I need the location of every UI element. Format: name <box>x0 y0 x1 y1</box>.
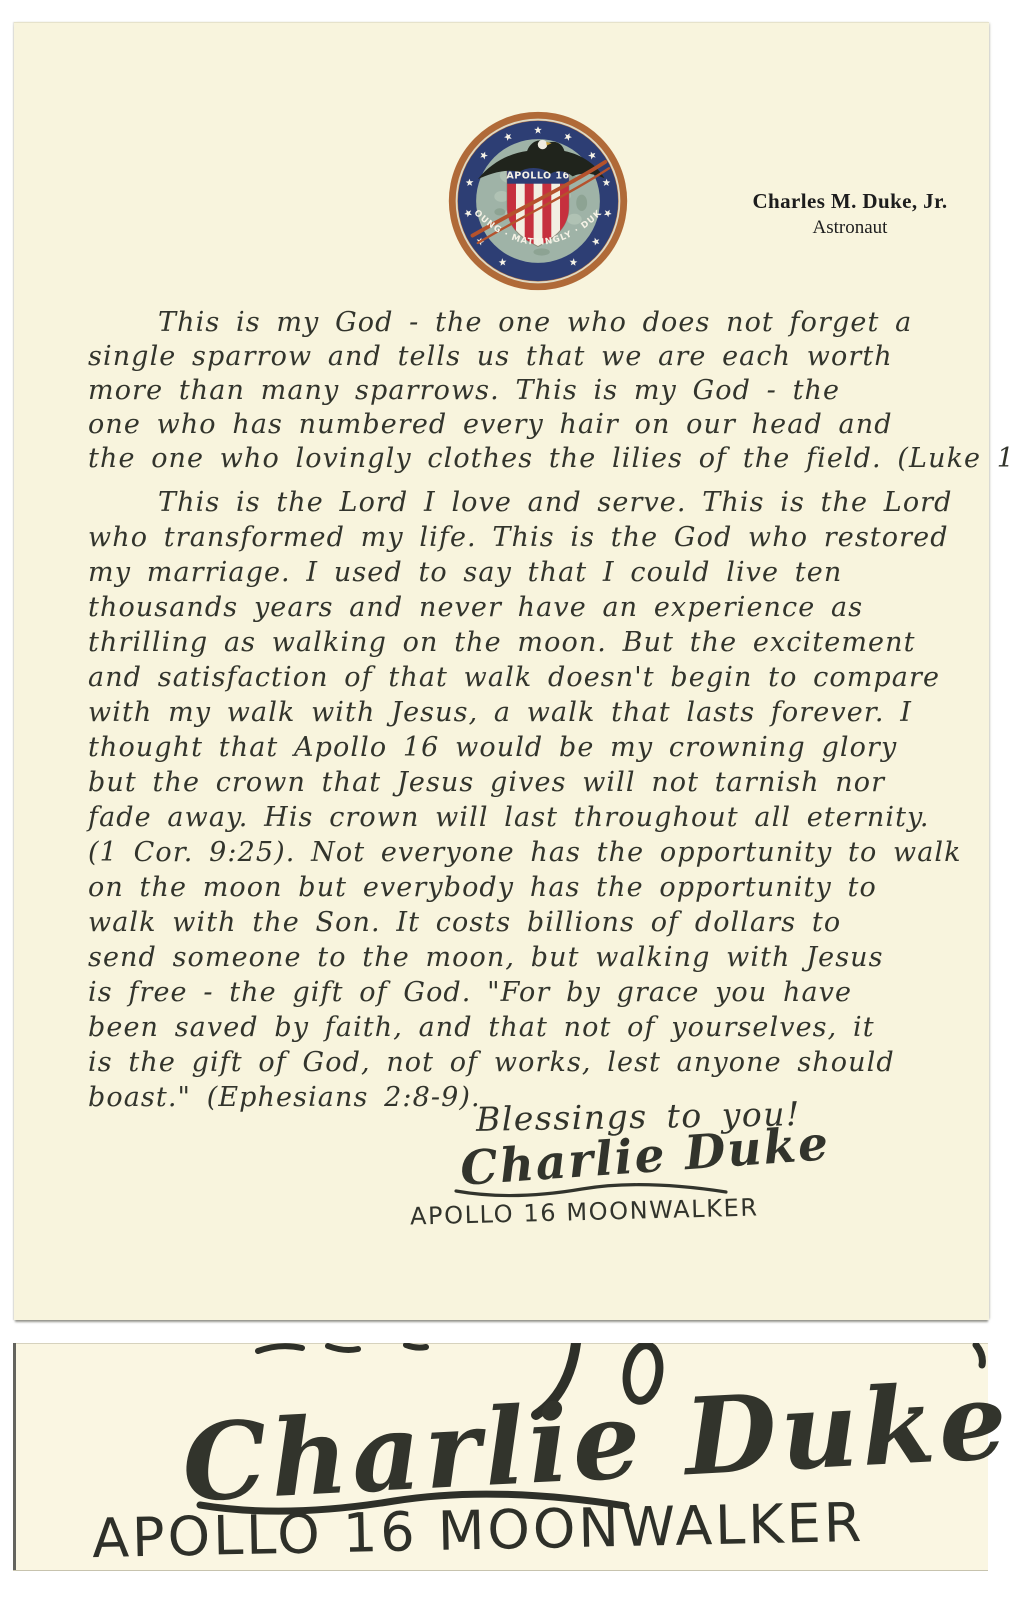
handwritten-line: This is the Lord I love and serve. This … <box>88 485 998 520</box>
handwritten-paragraph-2: This is the Lord I love and serve. This … <box>88 485 998 1115</box>
handwritten-line: is the gift of God, not of works, lest a… <box>88 1045 998 1080</box>
handwritten-line: is free - the gift of God. "For by grace… <box>88 975 998 1010</box>
handwritten-line: thousands years and never have an experi… <box>88 590 998 625</box>
patch-mission-label: APOLLO 16 <box>506 171 569 182</box>
handwritten-line: thought that Apollo 16 would be my crown… <box>88 730 998 765</box>
handwritten-line: walk with the Son. It costs billions of … <box>88 905 998 940</box>
handwritten-line: more than many sparrows. This is my God … <box>88 374 998 408</box>
handwritten-line: my marriage. I used to say that I could … <box>88 555 998 590</box>
handwritten-line: one who has numbered every hair on our h… <box>88 408 998 442</box>
letter-page: APOLLO 16 YOUNG · MATTINGLY · DUKE Charl… <box>14 22 989 1320</box>
handwritten-line: on the moon but everybody has the opport… <box>88 870 998 905</box>
handwritten-line: with my walk with Jesus, a walk that las… <box>88 695 998 730</box>
handwritten-line: This is my God - the one who does not fo… <box>88 306 998 340</box>
letterhead-name-block: Charles M. Duke, Jr. Astronaut <box>714 189 986 239</box>
signature-closeup-panel: Charlie Duke APOLLO 16 MOONWALKER <box>13 1343 988 1570</box>
apollo16-patch-logo: APOLLO 16 YOUNG · MATTINGLY · DUKE <box>443 110 633 292</box>
letterhead-name: Charles M. Duke, Jr. <box>714 189 986 214</box>
handwritten-line: thrilling as walking on the moon. But th… <box>88 625 998 660</box>
handwritten-line: fade away. His crown will last throughou… <box>88 800 998 835</box>
handwritten-line: who transformed my life. This is the God… <box>88 520 998 555</box>
handwritten-line: single sparrow and tells us that we are … <box>88 340 998 374</box>
handwritten-line: and satisfaction of that walk doesn't be… <box>88 660 998 695</box>
letterhead-title: Astronaut <box>714 217 986 239</box>
scanned-letter-image: APOLLO 16 YOUNG · MATTINGLY · DUKE Charl… <box>0 0 1010 1600</box>
handwritten-line: but the crown that Jesus gives will not … <box>88 765 998 800</box>
handwritten-paragraph-1: This is my God - the one who does not fo… <box>88 306 998 476</box>
handwritten-line: been saved by faith, and that not of you… <box>88 1010 998 1045</box>
handwritten-line: send someone to the moon, but walking wi… <box>88 940 998 975</box>
handwritten-line: (1 Cor. 9:25). Not everyone has the oppo… <box>88 835 998 870</box>
handwritten-line: the one who lovingly clothes the lilies … <box>88 442 998 476</box>
